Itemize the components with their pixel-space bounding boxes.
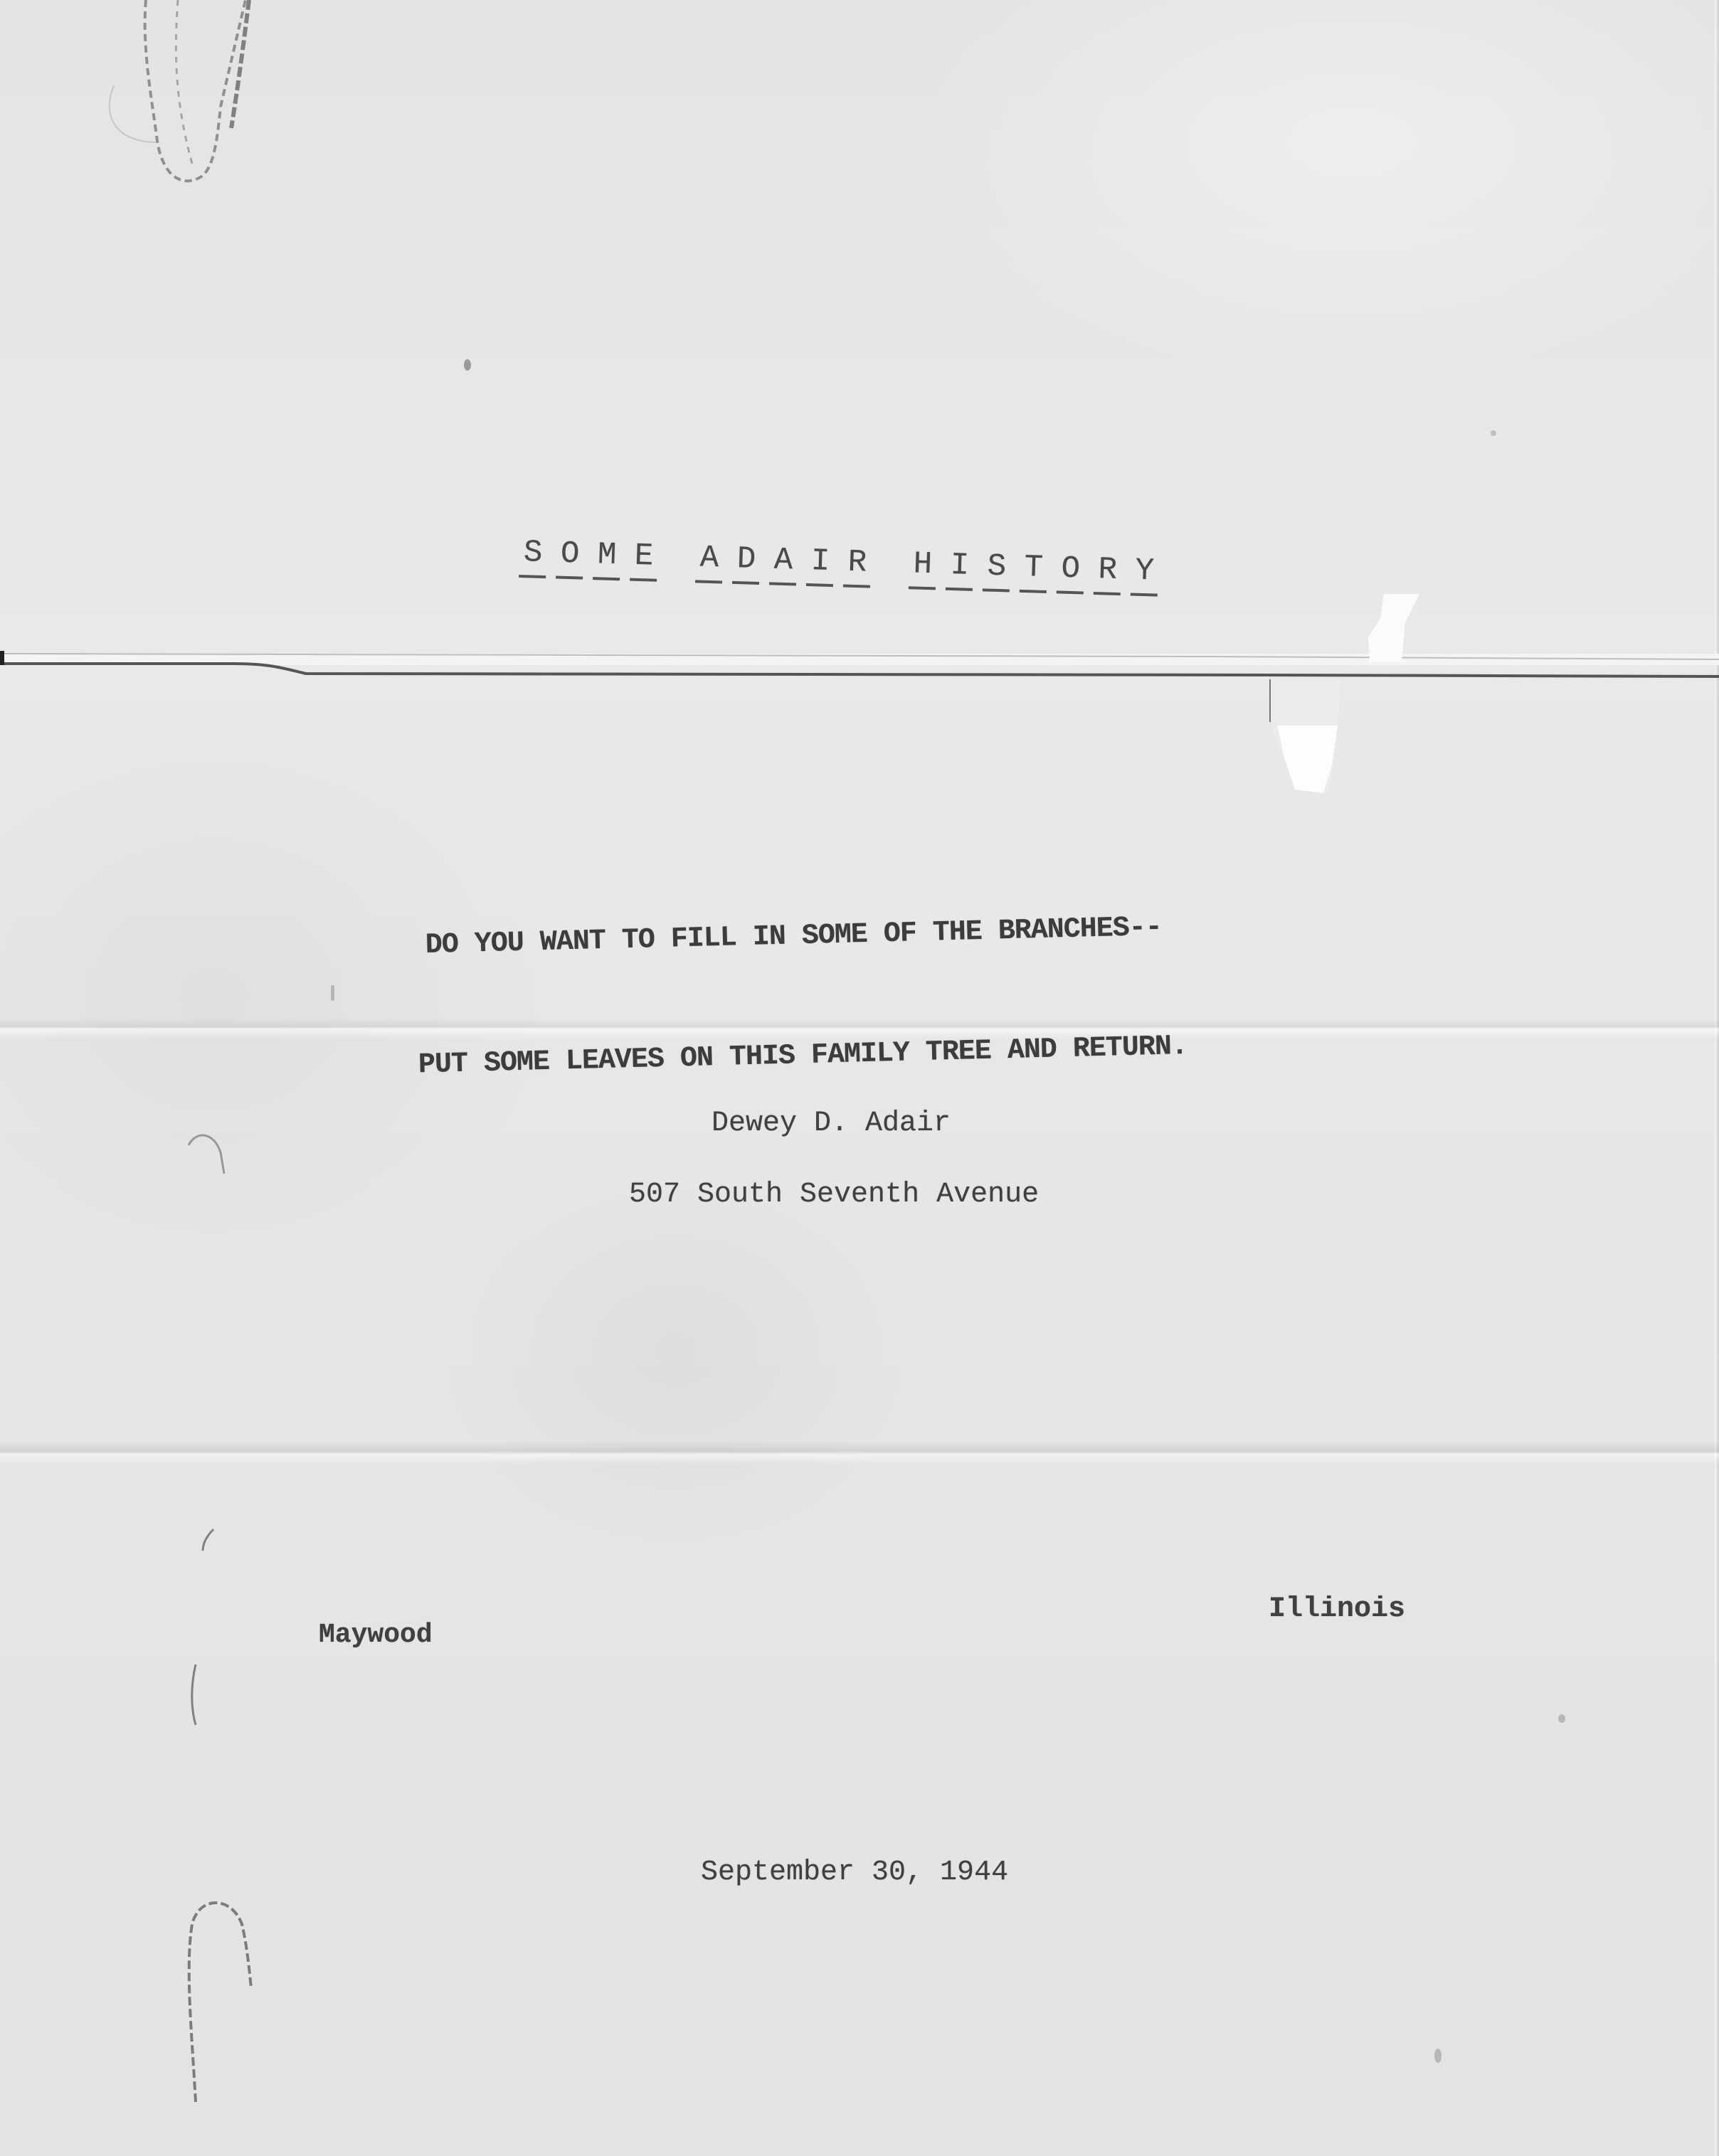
title-letter: M bbox=[593, 537, 621, 580]
fold-line-icon bbox=[0, 644, 1719, 686]
title-letter: Y bbox=[1131, 553, 1159, 597]
ink-speck bbox=[1434, 2049, 1442, 2063]
ink-speck bbox=[1558, 1714, 1565, 1723]
paper-clip-mark-icon bbox=[78, 0, 263, 199]
title-letter: I bbox=[946, 548, 974, 591]
document-title: SOMEADAIRHISTORY bbox=[519, 535, 1168, 597]
title-letter: T bbox=[1020, 550, 1048, 593]
title-letter: S bbox=[519, 535, 547, 578]
paper-clip-mark-icon bbox=[164, 1522, 221, 1750]
paper-edge bbox=[1715, 0, 1719, 2156]
ink-speck bbox=[1491, 430, 1496, 436]
ink-speck bbox=[331, 985, 334, 1001]
title-letter: E bbox=[630, 538, 658, 582]
title-space bbox=[667, 565, 696, 565]
title-letter: R bbox=[1094, 552, 1122, 595]
title-letter: D bbox=[732, 541, 761, 585]
paper-clip-mark-icon bbox=[181, 1896, 267, 2130]
prompt-line-2: PUT SOME LEAVES ON THIS FAMILY TREE AND … bbox=[418, 1027, 1188, 1085]
sender-name: Dewey D. Adair bbox=[712, 1108, 951, 1140]
tear-icon bbox=[1266, 679, 1345, 800]
sender-address: 507 South Seventh Avenue bbox=[629, 1179, 1039, 1211]
title-letter: O bbox=[556, 536, 584, 580]
title-letter: A bbox=[695, 540, 724, 583]
sender-state: Illinois bbox=[1269, 1593, 1405, 1625]
title-letter: A bbox=[769, 542, 798, 585]
document-date: September 30, 1944 bbox=[701, 1857, 1008, 1889]
title-letter: S bbox=[983, 548, 1011, 592]
fold-line-icon bbox=[0, 1440, 1719, 1465]
title-letter: O bbox=[1057, 551, 1085, 594]
title-space bbox=[881, 571, 909, 572]
ink-speck bbox=[464, 359, 471, 371]
title-letter: I bbox=[806, 543, 835, 587]
paper-clip-mark-icon bbox=[181, 1131, 238, 1231]
sender-city: Maywood bbox=[319, 1620, 433, 1650]
prompt-line-1: DO YOU WANT TO FILL IN SOME OF THE BRANC… bbox=[425, 908, 1185, 966]
title-letter: R bbox=[843, 545, 872, 588]
title-letter: H bbox=[909, 546, 937, 590]
tear-icon bbox=[1363, 594, 1427, 665]
typewritten-page: SOMEADAIRHISTORY DO YOU WANT TO FILL IN … bbox=[0, 0, 1719, 2156]
